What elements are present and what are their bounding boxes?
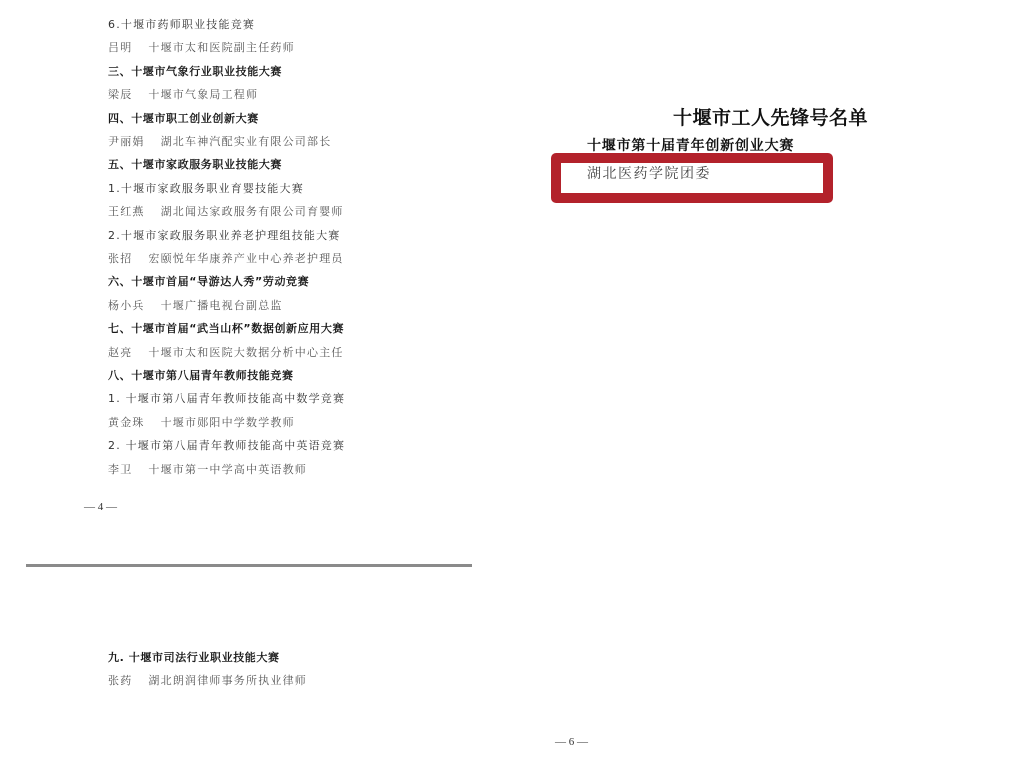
awardee-entry: 杨小兵十堰广播电视台副总监: [108, 299, 283, 313]
awardee-affiliation: 湖北闻达家政服务有限公司育婴师: [161, 205, 344, 218]
awardee-name: 尹丽娟: [108, 135, 145, 149]
awardee-name: 李卫: [108, 463, 132, 477]
awardee-name: 杨小兵: [108, 299, 145, 313]
competition-heading: 六、十堰市首届“导游达人秀”劳动竞赛: [108, 275, 309, 289]
competition-heading: 八、十堰市第八届青年教师技能竞赛: [108, 369, 294, 383]
awardee-name: 梁辰: [108, 88, 132, 102]
awardee-affiliation: 湖北朗润律师事务所执业律师: [148, 674, 307, 687]
awardee-affiliation: 十堰市第一中学高中英语教师: [148, 463, 307, 476]
awardee-affiliation: 十堰市气象局工程师: [148, 88, 258, 101]
competition-heading: 四、十堰市职工创业创新大赛: [108, 112, 259, 126]
awardee-entry: 吕明十堰市太和医院副主任药师: [108, 41, 295, 55]
competition-subheading: 2. 十堰市第八届青年教师技能高中英语竞赛: [108, 439, 345, 453]
competition-heading: 七、十堰市首届“武当山杯”数据创新应用大赛: [108, 322, 344, 336]
awardee-affiliation: 湖北车神汽配实业有限公司部长: [161, 135, 332, 148]
awardee-affiliation: 十堰广播电视台副总监: [161, 299, 283, 312]
awardee-entry: 张药湖北朗润律师事务所执业律师: [108, 674, 307, 688]
awardee-affiliation: 十堰市郧阳中学数学教师: [161, 416, 295, 429]
awardee-entry: 梁辰十堰市气象局工程师: [108, 88, 258, 102]
awardee-name: 张药: [108, 674, 132, 688]
page-number: — 6 —: [555, 736, 588, 748]
highlighted-entry: 湖北医药学院团委: [587, 163, 711, 183]
awardee-entry: 尹丽娟湖北车神汽配实业有限公司部长: [108, 135, 331, 149]
document-page-4: 6.十堰市药师职业技能竞赛吕明十堰市太和医院副主任药师三、十堰市气象行业职业技能…: [0, 0, 480, 560]
section-heading: 十堰市第十届青年创新创业大赛: [587, 135, 794, 155]
awardee-entry: 李卫十堰市第一中学高中英语教师: [108, 463, 307, 477]
awardee-entry: 赵亮十堰市太和医院大数据分析中心主任: [108, 346, 344, 360]
competition-subheading: 1. 十堰市第八届青年教师技能高中数学竞赛: [108, 392, 345, 406]
awardee-name: 吕明: [108, 41, 132, 55]
competition-subheading: 2.十堰市家政服务职业养老护理组技能大赛: [108, 229, 341, 243]
awardee-entry: 王红燕湖北闻达家政服务有限公司育婴师: [108, 205, 344, 219]
document-page-5: 九. 十堰市司法行业职业技能大赛张药湖北朗润律师事务所执业律师: [0, 572, 480, 768]
competition-subheading: 6.十堰市药师职业技能竞赛: [108, 18, 255, 32]
awardee-affiliation: 十堰市太和医院副主任药师: [148, 41, 294, 54]
awardee-name: 赵亮: [108, 346, 132, 360]
competition-heading: 三、十堰市气象行业职业技能大赛: [108, 65, 282, 79]
competition-heading: 九. 十堰市司法行业职业技能大赛: [108, 651, 280, 665]
page-number: — 4 —: [84, 501, 117, 513]
awardee-name: 王红燕: [108, 205, 145, 219]
awardee-name: 黄金珠: [108, 416, 145, 430]
competition-heading: 五、十堰市家政服务职业技能大赛: [108, 158, 282, 172]
competition-subheading: 1.十堰市家政服务职业育婴技能大赛: [108, 182, 304, 196]
page-divider: [26, 564, 472, 567]
document-title: 十堰市工人先锋号名单: [673, 103, 868, 130]
awardee-entry: 黄金珠十堰市郧阳中学数学教师: [108, 416, 295, 430]
awardee-affiliation: 十堰市太和医院大数据分析中心主任: [148, 346, 343, 359]
awardee-entry: 张招宏颐悦年华康养产业中心养老护理员: [108, 252, 344, 266]
awardee-affiliation: 宏颐悦年华康养产业中心养老护理员: [148, 252, 343, 265]
awardee-name: 张招: [108, 252, 132, 266]
